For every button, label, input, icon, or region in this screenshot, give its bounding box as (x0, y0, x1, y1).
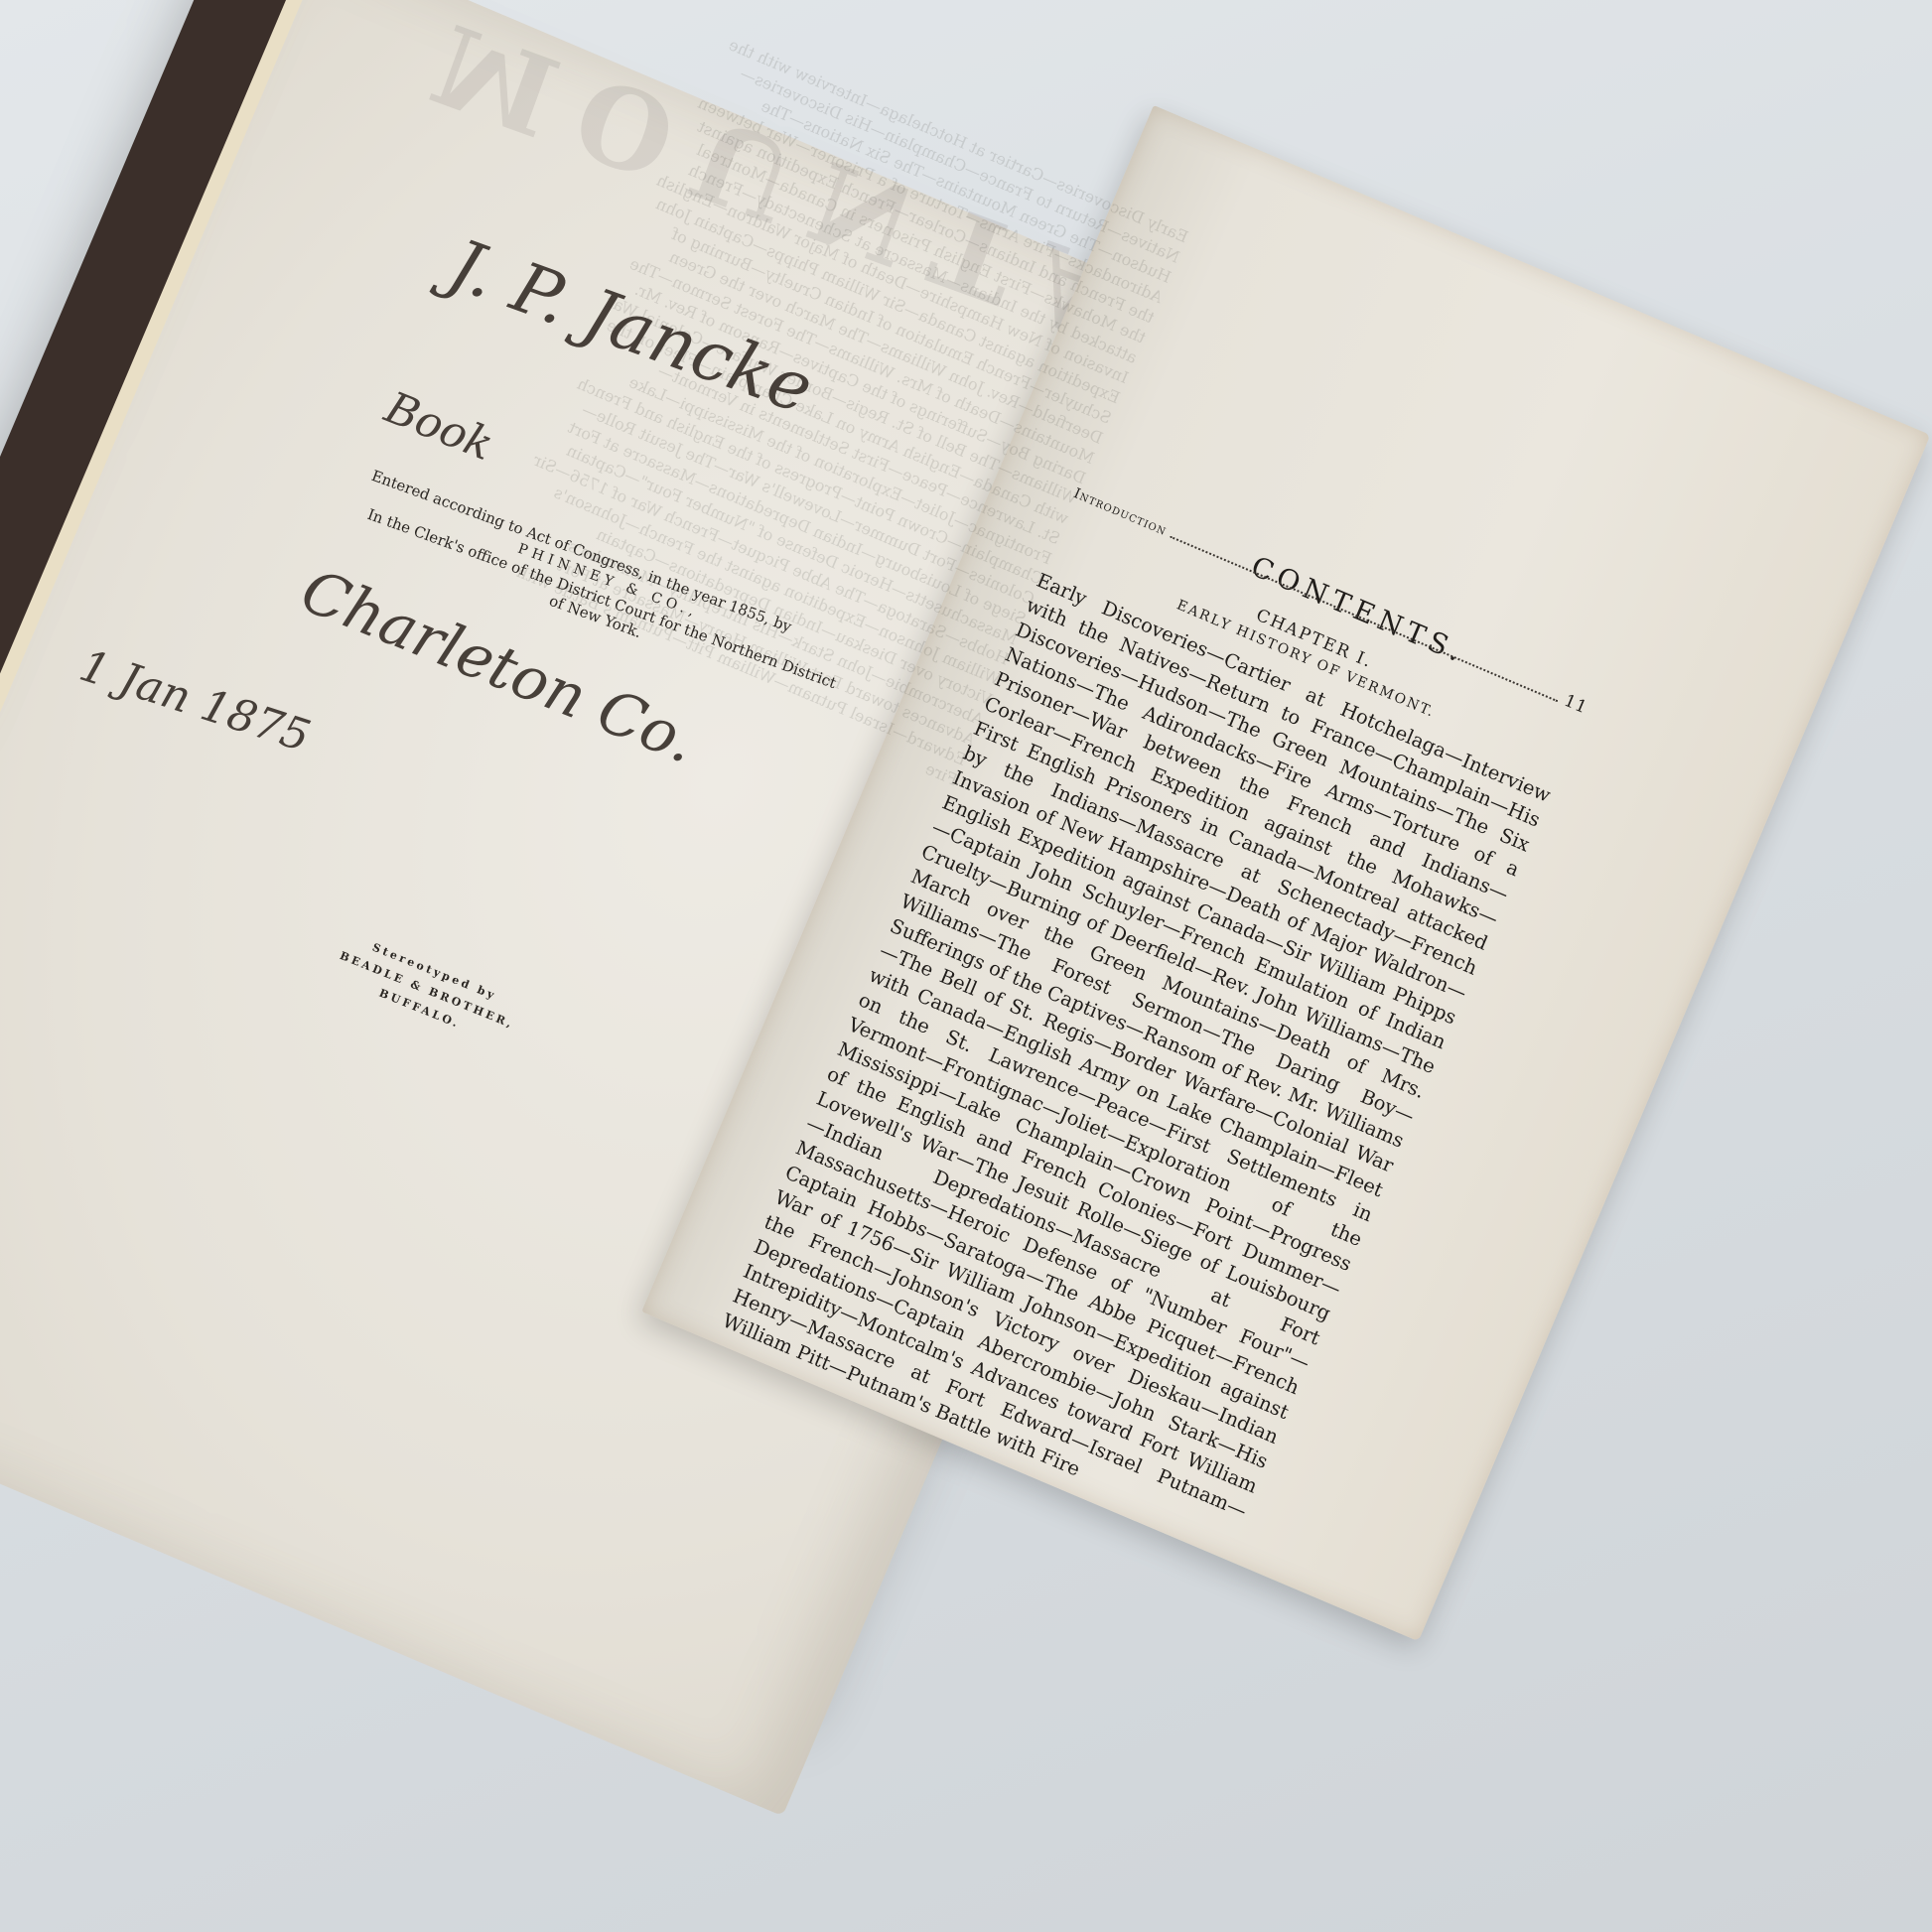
book-photo: MOUNTAIN HERO J. P. Jancke Book Charleto… (0, 0, 1932, 1932)
